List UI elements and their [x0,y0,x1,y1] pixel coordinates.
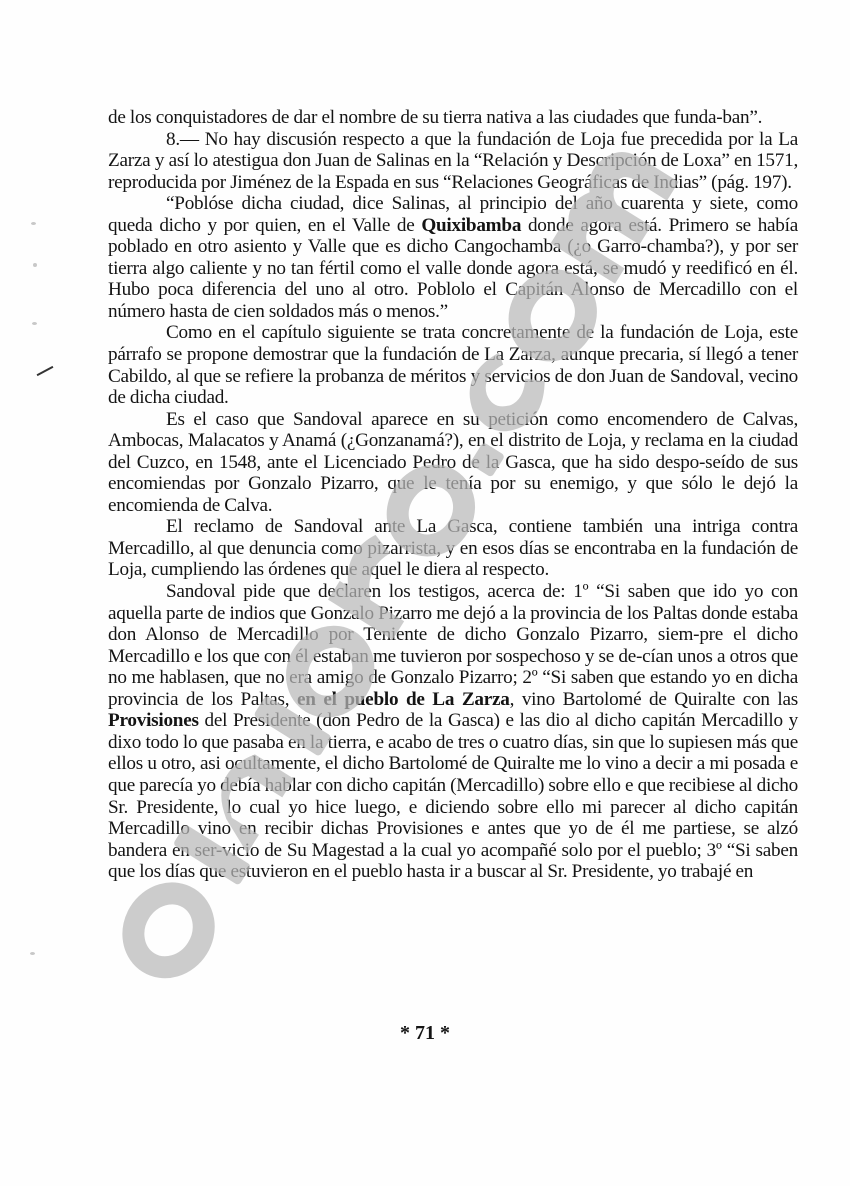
bold-phrase: Quixibamba [421,215,521,236]
paragraph: Sandoval pide que declaren los testigos,… [108,581,798,883]
text-run: 8.— No hay discusión respecto a que la f… [108,129,798,193]
text-run: de los conquistadores de dar el nombre d… [108,107,762,128]
scan-speck [30,952,35,955]
scan-speck [31,222,36,225]
text-run: El reclamo de Sandoval ante La Gasca, co… [108,516,798,580]
scan-speck [33,263,37,267]
body-text: de los conquistadores de dar el nombre d… [108,107,798,883]
text-run: , vino Bartolomé de Quiralte con las [510,689,798,710]
scan-speck [32,322,37,325]
scanned-page: de los conquistadores de dar el nombre d… [0,0,850,1186]
paragraph: El reclamo de Sandoval ante La Gasca, co… [108,516,798,581]
margin-pen-mark [37,366,54,376]
page-number: * 71 * [0,1022,850,1045]
paragraph: “Poblóse dicha ciudad, dice Salinas, al … [108,193,798,322]
paragraph: Es el caso que Sandoval aparece en su pe… [108,409,798,517]
bold-phrase: Provisiones [108,710,199,731]
paragraph: de los conquistadores de dar el nombre d… [108,107,798,129]
text-run: Como en el capítulo siguiente se trata c… [108,322,798,408]
text-run: Es el caso que Sandoval aparece en su pe… [108,409,798,516]
paragraph: Como en el capítulo siguiente se trata c… [108,322,798,408]
paragraph: 8.— No hay discusión respecto a que la f… [108,129,798,194]
bold-phrase: en el pueblo de La Zarza [297,689,510,710]
text-run: del Presidente (don Pedro de la Gasca) e… [108,710,798,882]
